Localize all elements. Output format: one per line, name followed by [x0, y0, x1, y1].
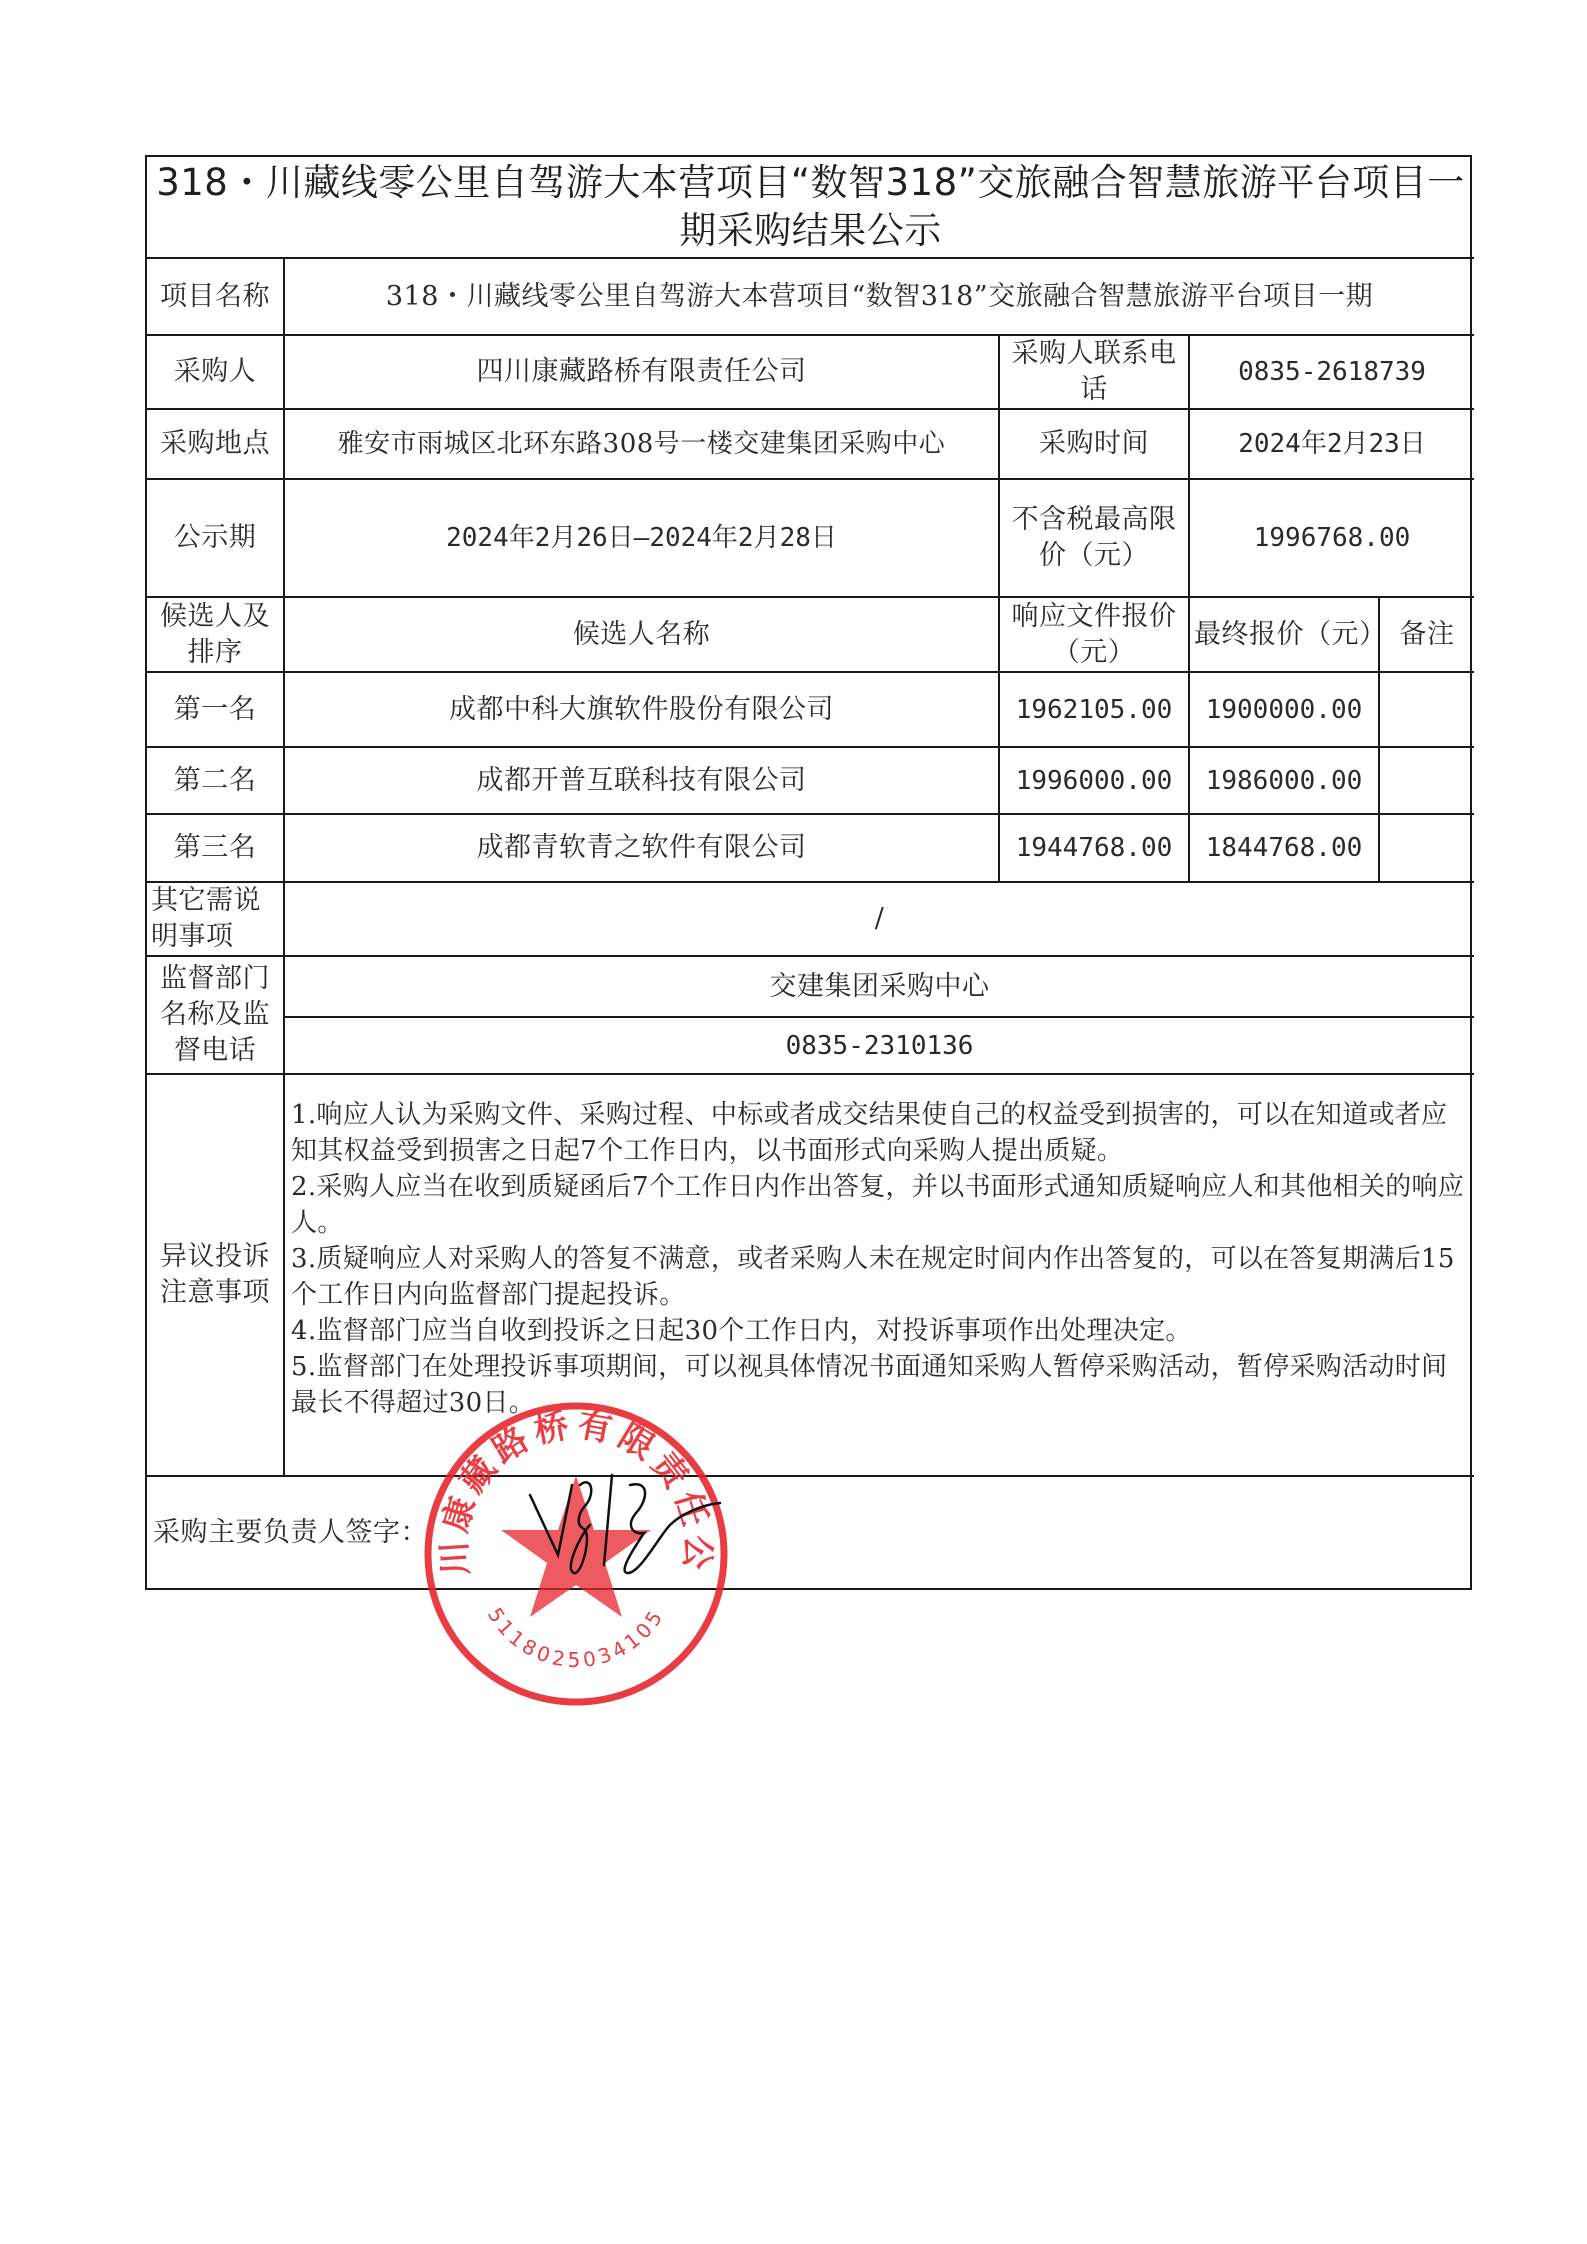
- project-name-row: 项目名称 318・川藏线零公里自驾游大本营项目“数智318”交旅融合智慧旅游平台…: [147, 258, 1474, 335]
- objection-item: 4.监督部门应当自收到投诉之日起30个工作日内，对投诉事项作出处理决定。: [291, 1313, 1468, 1349]
- supervision-label: 监督部门名称及监督电话: [147, 956, 284, 1074]
- candidate-row: 第二名 成都开普互联科技有限公司 1996000.00 1986000.00: [147, 747, 1474, 814]
- candidate-name: 成都青软青之软件有限公司: [284, 814, 999, 882]
- seal-code-text: 5118025034105: [483, 1603, 669, 1672]
- purchase-time-value: 2024年2月23日: [1189, 409, 1474, 479]
- ceiling-price-label: 不含税最高限价（元）: [999, 479, 1189, 597]
- location-row: 采购地点 雅安市雨城区北环东路308号一楼交建集团采购中心 采购时间 2024年…: [147, 409, 1474, 479]
- candidate-remarks: [1379, 672, 1474, 747]
- purchaser-contact-label: 采购人联系电话: [999, 335, 1189, 409]
- location-label: 采购地点: [147, 409, 284, 479]
- notice-period-label: 公示期: [147, 479, 284, 597]
- project-name-label: 项目名称: [147, 258, 284, 335]
- procurement-result-notice: 318・川藏线零公里自驾游大本营项目“数智318”交旅融合智慧旅游平台项目一期采…: [145, 155, 1472, 1590]
- title-row: 318・川藏线零公里自驾游大本营项目“数智318”交旅融合智慧旅游平台项目一期采…: [147, 157, 1474, 258]
- candidate-remarks: [1379, 747, 1474, 814]
- supervision-name-row: 监督部门名称及监督电话 交建集团采购中心: [147, 956, 1474, 1017]
- purchaser-value: 四川康藏路桥有限责任公司: [284, 335, 999, 409]
- remarks-header: 备注: [1379, 597, 1474, 672]
- candidate-rank: 第二名: [147, 747, 284, 814]
- candidate-final-price: 1900000.00: [1189, 672, 1379, 747]
- candidate-final-price: 1844768.00: [1189, 814, 1379, 882]
- svg-text:5118025034105: 5118025034105: [483, 1603, 669, 1672]
- candidate-remarks: [1379, 814, 1474, 882]
- rank-header: 候选人及排序: [147, 597, 284, 672]
- candidate-response-price: 1962105.00: [999, 672, 1189, 747]
- objection-notes: 1.响应人认为采购文件、采购过程、中标或者成交结果使自己的权益受到损害的，可以在…: [284, 1074, 1474, 1476]
- candidate-name-header: 候选人名称: [284, 597, 999, 672]
- objection-item: 1.响应人认为采购文件、采购过程、中标或者成交结果使自己的权益受到损害的，可以在…: [291, 1097, 1468, 1169]
- location-value: 雅安市雨城区北环东路308号一楼交建集团采购中心: [284, 409, 999, 479]
- signature-label: 采购主要负责人签字：: [147, 1476, 1474, 1588]
- notice-table: 318・川藏线零公里自驾游大本营项目“数智318”交旅融合智慧旅游平台项目一期采…: [147, 157, 1474, 1588]
- purchase-time-label: 采购时间: [999, 409, 1189, 479]
- purchaser-label: 采购人: [147, 335, 284, 409]
- final-price-header: 最终报价（元）: [1189, 597, 1379, 672]
- candidate-row: 第三名 成都青软青之软件有限公司 1944768.00 1844768.00: [147, 814, 1474, 882]
- objection-item: 3.质疑响应人对采购人的答复不满意，或者采购人未在规定时间内作出答复的，可以在答…: [291, 1241, 1468, 1313]
- document-title: 318・川藏线零公里自驾游大本营项目“数智318”交旅融合智慧旅游平台项目一期采…: [147, 157, 1474, 258]
- ceiling-price-value: 1996768.00: [1189, 479, 1474, 597]
- notice-period-value: 2024年2月26日—2024年2月28日: [284, 479, 999, 597]
- supervision-phone-row: 0835-2310136: [147, 1017, 1474, 1074]
- candidate-response-price: 1996000.00: [999, 747, 1189, 814]
- objection-label: 异议投诉注意事项: [147, 1074, 284, 1476]
- objection-item: 5.监督部门在处理投诉事项期间，可以视具体情况书面通知采购人暂停采购活动，暂停采…: [291, 1349, 1468, 1421]
- other-matters-label: 其它需说明事项: [147, 882, 284, 956]
- objection-item: 2.采购人应当在收到质疑函后7个工作日内作出答复，并以书面形式通知质疑响应人和其…: [291, 1169, 1468, 1241]
- response-price-header: 响应文件报价（元）: [999, 597, 1189, 672]
- supervision-name-value: 交建集团采购中心: [284, 956, 1474, 1017]
- purchaser-contact-value: 0835-2618739: [1189, 335, 1474, 409]
- purchaser-row: 采购人 四川康藏路桥有限责任公司 采购人联系电话 0835-2618739: [147, 335, 1474, 409]
- objection-row: 异议投诉注意事项 1.响应人认为采购文件、采购过程、中标或者成交结果使自己的权益…: [147, 1074, 1474, 1476]
- candidates-header-row: 候选人及排序 候选人名称 响应文件报价（元） 最终报价（元） 备注: [147, 597, 1474, 672]
- candidate-rank: 第三名: [147, 814, 284, 882]
- other-matters-row: 其它需说明事项 /: [147, 882, 1474, 956]
- notice-period-row: 公示期 2024年2月26日—2024年2月28日 不含税最高限价（元） 199…: [147, 479, 1474, 597]
- candidate-row: 第一名 成都中科大旗软件股份有限公司 1962105.00 1900000.00: [147, 672, 1474, 747]
- candidate-name: 成都开普互联科技有限公司: [284, 747, 999, 814]
- candidate-final-price: 1986000.00: [1189, 747, 1379, 814]
- signature-row: 采购主要负责人签字：: [147, 1476, 1474, 1588]
- candidate-response-price: 1944768.00: [999, 814, 1189, 882]
- project-name-value: 318・川藏线零公里自驾游大本营项目“数智318”交旅融合智慧旅游平台项目一期: [284, 258, 1474, 335]
- candidate-name: 成都中科大旗软件股份有限公司: [284, 672, 999, 747]
- candidate-rank: 第一名: [147, 672, 284, 747]
- other-matters-value: /: [284, 882, 1474, 956]
- supervision-phone-value: 0835-2310136: [284, 1017, 1474, 1074]
